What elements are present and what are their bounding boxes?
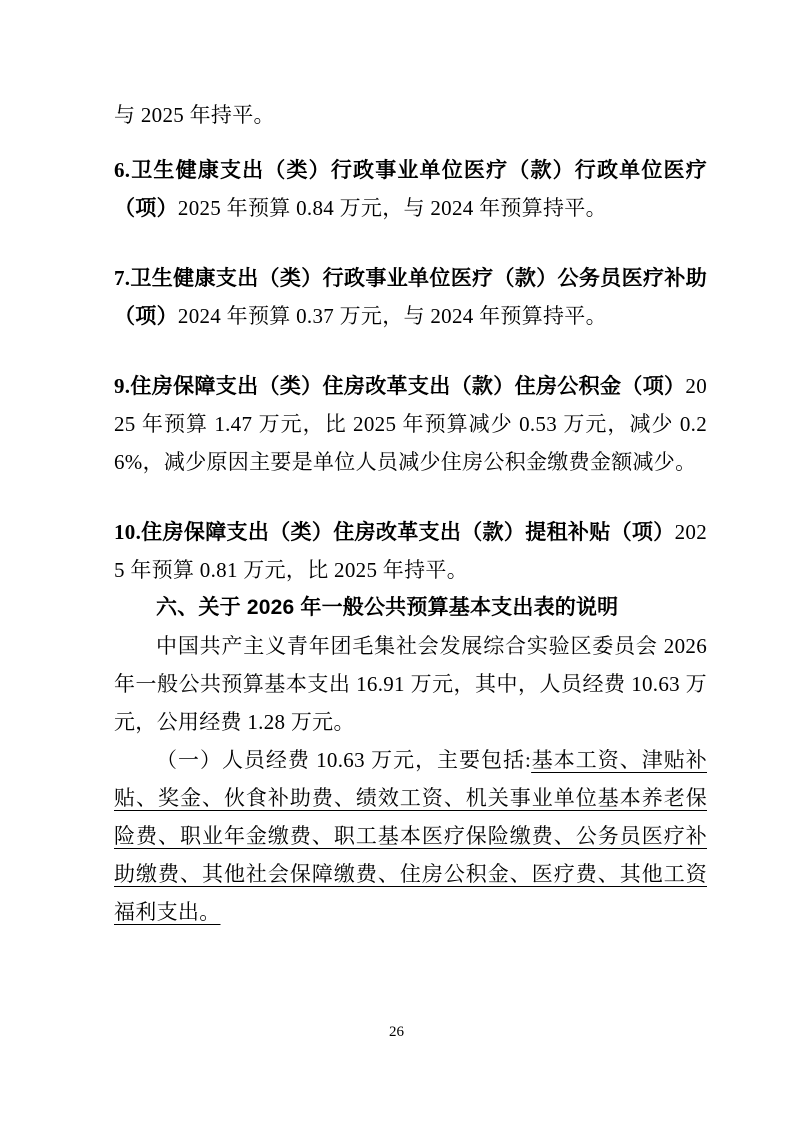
budget-item-6: 6.卫生健康支出（类）行政事业单位医疗（款）行政单位医疗（项）2025 年预算 …: [114, 151, 707, 227]
budget-item-10-heading: 10.住房保障支出（类）住房改革支出（款）提租补贴（项）: [114, 520, 675, 544]
budget-item-9-heading: 9.住房保障支出（类）住房改革支出（款）住房公积金（项）: [114, 374, 685, 398]
section-heading-text: 六、关于 2026 年一般公共预算基本支出表的说明: [156, 596, 618, 619]
carryover-line: 与 2025 年持平。: [114, 96, 707, 134]
budget-item-9: 9.住房保障支出（类）住房改革支出（款）住房公积金（项）2025 年预算 1.4…: [114, 367, 707, 481]
document-page: 与 2025 年持平。 6.卫生健康支出（类）行政事业单位医疗（款）行政单位医疗…: [0, 0, 793, 931]
section-heading: 六、关于 2026 年一般公共预算基本支出表的说明: [114, 589, 707, 627]
summary-paragraph-text: 中国共产主义青年团毛集社会发展综合实验区委员会 2026 年一般公共预算基本支出…: [114, 634, 707, 734]
summary-paragraph: 中国共产主义青年团毛集社会发展综合实验区委员会 2026 年一般公共预算基本支出…: [114, 627, 707, 741]
budget-item-10: 10.住房保障支出（类）住房改革支出（款）提租补贴（项）2025 年预算 0.8…: [114, 513, 707, 589]
carryover-text: 与 2025 年持平。: [114, 103, 275, 127]
budget-item-6-detail: 2025 年预算 0.84 万元，与 2024 年预算持平。: [178, 196, 607, 220]
page-number: 26: [0, 1022, 793, 1042]
personnel-expense-paragraph: （一）人员经费 10.63 万元，主要包括:基本工资、津贴补贴、奖金、伙食补助费…: [114, 741, 707, 931]
personnel-expense-prefix: （一）人员经费 10.63 万元，主要包括:: [156, 748, 531, 772]
personnel-expense-underlined-list: 基本工资、津贴补贴、奖金、伙食补助费、绩效工资、机关事业单位基本养老保险费、职业…: [114, 748, 707, 924]
budget-item-7: 7.卫生健康支出（类）行政事业单位医疗（款）公务员医疗补助（项）2024 年预算…: [114, 259, 707, 335]
budget-item-7-detail: 2024 年预算 0.37 万元，与 2024 年预算持平。: [178, 304, 607, 328]
